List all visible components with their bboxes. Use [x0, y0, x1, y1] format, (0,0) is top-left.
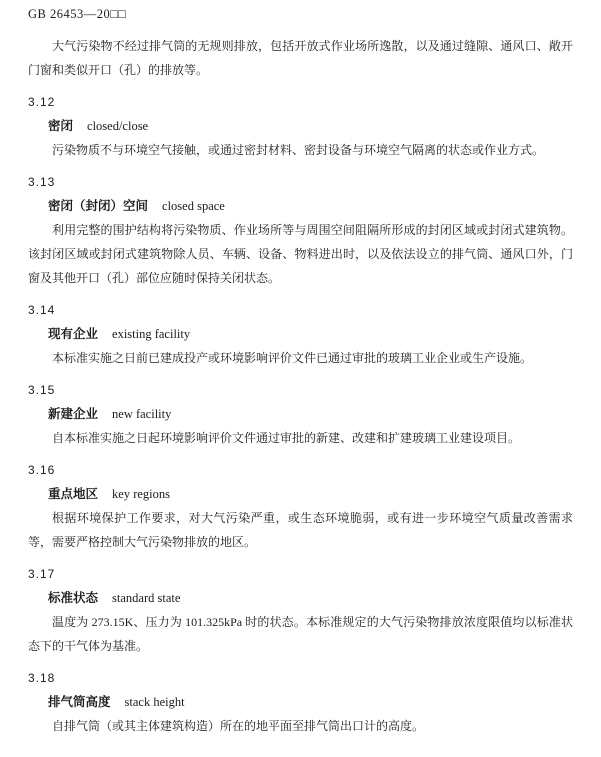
term-heading: 排气筒高度stack height [48, 690, 573, 714]
clause-number: 3.15 [28, 378, 573, 402]
term-chinese: 重点地区 [48, 487, 98, 501]
term-english: stack height [125, 695, 185, 709]
term-section-3-15: 3.15 新建企业new facility 自本标准实施之日起环境影响评价文件通… [28, 378, 573, 450]
term-definition: 利用完整的围护结构将污染物质、作业场所等与周围空间阻隔所形成的封闭区域或封闭式建… [28, 218, 573, 290]
term-heading: 密闭closed/close [48, 114, 573, 138]
term-heading: 重点地区key regions [48, 482, 573, 506]
term-heading: 密闭（封闭）空间closed space [48, 194, 573, 218]
clause-number: 3.14 [28, 298, 573, 322]
term-section-3-14: 3.14 现有企业existing facility 本标准实施之日前已建成投产… [28, 298, 573, 370]
clause-number: 3.12 [28, 90, 573, 114]
term-section-3-13: 3.13 密闭（封闭）空间closed space 利用完整的围护结构将污染物质… [28, 170, 573, 290]
term-definition: 本标准实施之日前已建成投产或环境影响评价文件已通过审批的玻璃工业企业或生产设施。 [28, 346, 573, 370]
clause-number: 3.17 [28, 562, 573, 586]
term-english: standard state [112, 591, 180, 605]
clause-number: 3.16 [28, 458, 573, 482]
term-definition: 根据环境保护工作要求，对大气污染严重，或生态环境脆弱，或有进一步环境空气质量改善… [28, 506, 573, 554]
term-chinese: 新建企业 [48, 407, 98, 421]
document-page: GB 26453—20□□ 大气污染物不经过排气筒的无规则排放，包括开放式作业场… [0, 0, 601, 757]
term-chinese: 排气筒高度 [48, 695, 111, 709]
term-english: new facility [112, 407, 171, 421]
standard-number-header: GB 26453—20□□ [28, 6, 573, 22]
term-chinese: 现有企业 [48, 327, 98, 341]
term-chinese: 密闭（封闭）空间 [48, 199, 148, 213]
term-definition: 污染物质不与环境空气接触，或通过密封材料、密封设备与环境空气隔离的状态或作业方式… [28, 138, 573, 162]
term-chinese: 密闭 [48, 119, 73, 133]
term-definition: 温度为 273.15K、压力为 101.325kPa 时的状态。本标准规定的大气… [28, 610, 573, 658]
clause-number: 3.13 [28, 170, 573, 194]
term-section-3-18: 3.18 排气筒高度stack height 自排气筒（或其主体建筑构造）所在的… [28, 666, 573, 738]
term-section-3-17: 3.17 标准状态standard state 温度为 273.15K、压力为 … [28, 562, 573, 658]
term-heading: 标准状态standard state [48, 586, 573, 610]
term-english: existing facility [112, 327, 190, 341]
term-english: closed/close [87, 119, 148, 133]
term-english: key regions [112, 487, 170, 501]
term-english: closed space [162, 199, 225, 213]
term-definition: 自排气筒（或其主体建筑构造）所在的地平面至排气筒出口计的高度。 [28, 714, 573, 738]
term-section-3-12: 3.12 密闭closed/close 污染物质不与环境空气接触，或通过密封材料… [28, 90, 573, 162]
term-chinese: 标准状态 [48, 591, 98, 605]
term-definition: 自本标准实施之日起环境影响评价文件通过审批的新建、改建和扩建玻璃工业建设项目。 [28, 426, 573, 450]
clause-number: 3.18 [28, 666, 573, 690]
intro-paragraph: 大气污染物不经过排气筒的无规则排放，包括开放式作业场所逸散，以及通过缝隙、通风口… [28, 34, 573, 82]
term-section-3-16: 3.16 重点地区key regions 根据环境保护工作要求，对大气污染严重，… [28, 458, 573, 554]
term-heading: 现有企业existing facility [48, 322, 573, 346]
term-heading: 新建企业new facility [48, 402, 573, 426]
